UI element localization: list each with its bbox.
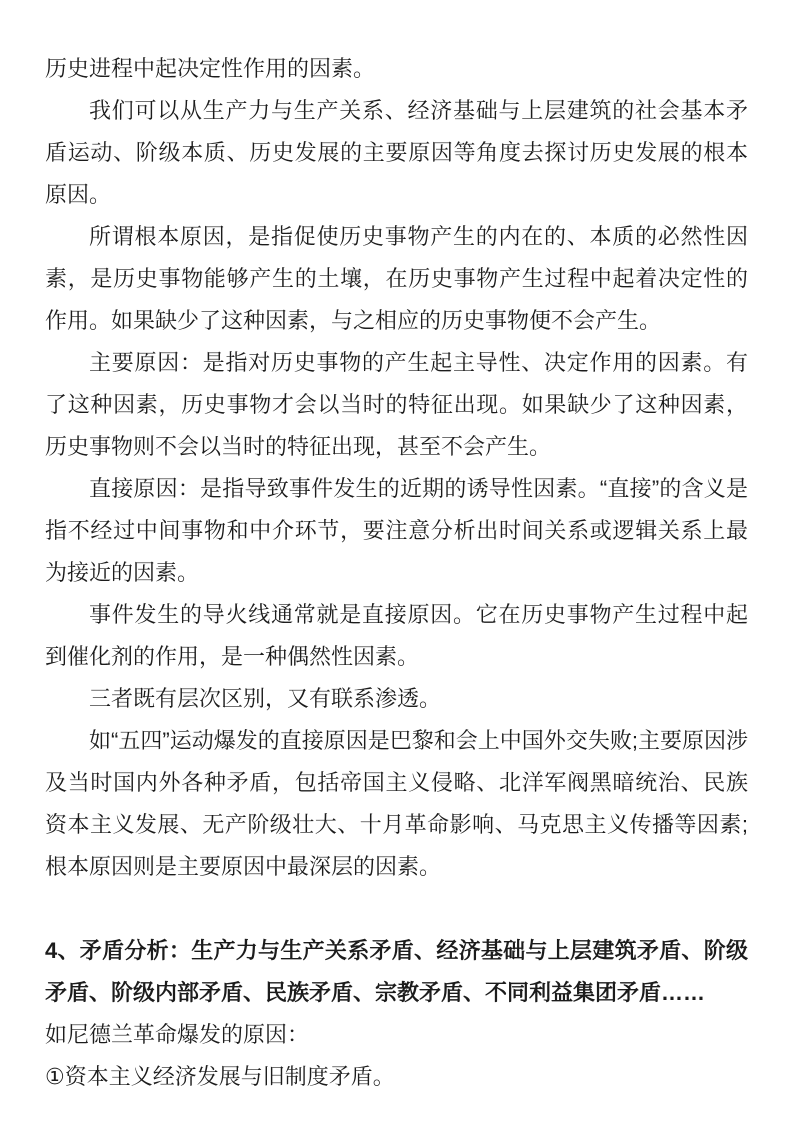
para-fuse-direct-cause: 事件发生的导火线通常就是直接原因。它在历史事物产生过程中起到催化剂的作用，是一种… [45, 594, 748, 678]
para-three-levels: 三者既有层次区别，又有联系渗透。 [45, 678, 748, 720]
para-root-cause-definition: 所谓根本原因，是指促使历史事物产生的内在的、本质的必然性因素，是历史事物能够产生… [45, 216, 748, 342]
para-netherlands-revolution-intro: 如尼德兰革命爆发的原因： [45, 1014, 748, 1056]
line-decisive-factor: 历史进程中起决定性作用的因素。 [45, 48, 748, 90]
para-may-fourth-example: 如“五四”运动爆发的直接原因是巴黎和会上中国外交失败;主要原因涉及当时国内外各种… [45, 720, 748, 888]
heading-contradiction-analysis: 4、矛盾分析：生产力与生产关系矛盾、经济基础与上层建筑矛盾、阶级矛盾、阶级内部矛… [45, 930, 748, 1014]
para-basic-contradiction: 我们可以从生产力与生产关系、经济基础与上层建筑的社会基本矛盾运动、阶级本质、历史… [45, 90, 748, 216]
para-direct-cause-definition: 直接原因：是指导致事件发生的近期的诱导性因素。“直接”的含义是指不经过中间事物和… [45, 468, 748, 594]
para-main-cause-definition: 主要原因：是指对历史事物的产生起主导性、决定作用的因素。有了这种因素，历史事物才… [45, 342, 748, 468]
para-netherlands-reason-1: ①资本主义经济发展与旧制度矛盾。 [45, 1056, 748, 1098]
document-page: 历史进程中起决定性作用的因素。 我们可以从生产力与生产关系、经济基础与上层建筑的… [0, 0, 793, 1122]
